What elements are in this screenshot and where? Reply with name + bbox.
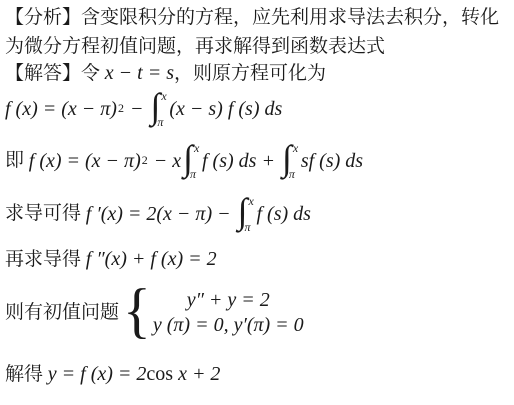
integral-upper-limit: x <box>194 142 199 154</box>
analysis-line-1: 【分析】含变限积分的方程，应先利用求导法去积分，转化 <box>5 6 499 30</box>
integral-upper-limit: x <box>248 195 253 207</box>
solution-intro-prefix: 【解答】令 <box>5 62 105 86</box>
integral: ∫xπ <box>150 89 167 129</box>
eq2-exponent: 2 <box>142 153 148 168</box>
equation-1: f (x) = (x − π)2 − ∫xπ(x − s) f (s) ds <box>5 89 282 129</box>
eq3-seg1: f ′(x) = 2(x − π) − <box>86 202 236 227</box>
left-brace: { <box>123 281 151 342</box>
ivp-equation-1: y″ + y = 2 <box>153 288 304 313</box>
integral-lower-limit: π <box>157 116 163 128</box>
integral-lower-limit: π <box>289 168 295 180</box>
solution-intro-math: x − t = s <box>105 61 174 86</box>
solution-intro-line: 【解答】令 x − t = s ，则原方程可化为 <box>5 61 326 86</box>
integral: ∫xπ <box>238 194 255 234</box>
eq2-seg1: f (x) = (x − π) <box>29 149 141 174</box>
eq1-seg3: (x − s) f (s) ds <box>169 97 282 122</box>
document: 【分析】含变限积分的方程，应先利用求导法去积分，转化 为微分方程初值问题，再求解… <box>0 0 514 405</box>
integral: ∫xπ <box>183 141 200 181</box>
analysis-text-2: 为微分方程初值问题，再求解得到函数表达式 <box>5 35 385 59</box>
final-answer-line: 解得 y = f (x) = 2cos x + 2 <box>5 362 220 387</box>
eq1-seg1: f (x) = (x − π) <box>5 97 117 122</box>
equation-3: 求导可得 f ′(x) = 2(x − π) − ∫xπf (s) ds <box>5 194 311 234</box>
ivp-system: y″ + y = 2 y (π) = 0, y′(π) = 0 <box>153 288 304 338</box>
ivp-label: 则有初值问题 <box>5 301 119 325</box>
eq4-label: 再求导得 <box>5 248 86 272</box>
eq2-seg2: − x <box>149 149 181 174</box>
ivp-line: 则有初值问题 { y″ + y = 2 y (π) = 0, y′(π) = 0 <box>5 284 304 342</box>
equation-2: 即 f (x) = (x − π)2 − x∫xπf (s) ds + ∫xπs… <box>5 141 363 181</box>
eq1-seg2: − <box>125 97 149 122</box>
final-seg2: x + 2 <box>173 362 220 387</box>
integral: ∫xπ <box>282 141 299 181</box>
eq2-seg4: sf (s) ds <box>301 149 363 174</box>
final-seg1: y = f (x) = 2 <box>48 362 147 387</box>
integral-lower-limit: π <box>190 168 196 180</box>
integral-upper-limit: x <box>293 142 298 154</box>
cos-function: cos <box>146 362 173 387</box>
solution-intro-suffix: ，则原方程可化为 <box>174 62 326 86</box>
integral-upper-limit: x <box>161 90 166 102</box>
final-label: 解得 <box>5 363 48 387</box>
analysis-text-1: 【分析】含变限积分的方程，应先利用求导法去积分，转化 <box>5 6 499 30</box>
eq2-label: 即 <box>5 149 29 173</box>
eq2-seg3: f (s) ds + <box>202 149 280 174</box>
eq3-label: 求导可得 <box>5 202 86 226</box>
eq4-seg1: f ″(x) + f (x) = 2 <box>86 247 217 272</box>
eq1-exponent: 2 <box>118 101 124 116</box>
ivp-equation-2: y (π) = 0, y′(π) = 0 <box>153 313 304 338</box>
analysis-line-2: 为微分方程初值问题，再求解得到函数表达式 <box>5 35 385 59</box>
eq3-seg2: f (s) ds <box>257 202 311 227</box>
integral-lower-limit: π <box>244 221 250 233</box>
equation-4: 再求导得 f ″(x) + f (x) = 2 <box>5 247 217 272</box>
